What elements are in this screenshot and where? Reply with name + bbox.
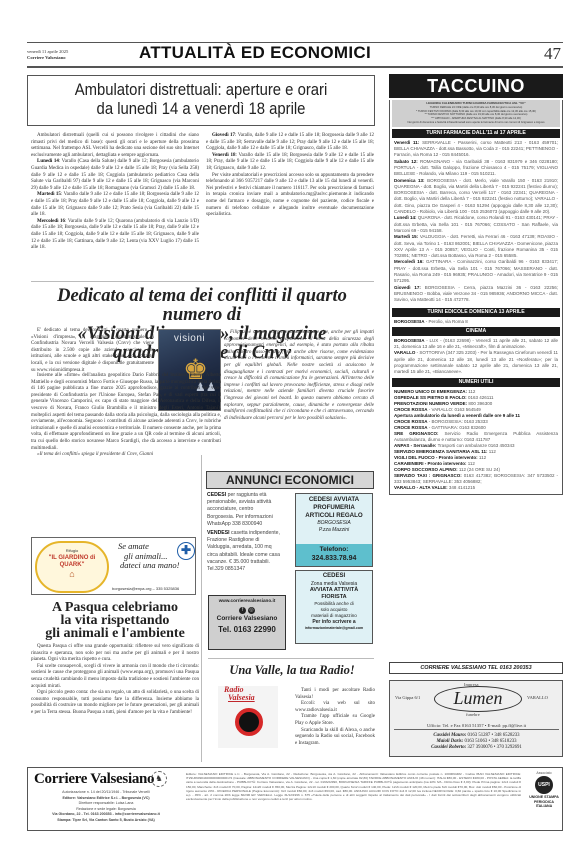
radio-divider [208, 658, 374, 659]
column-divider [201, 455, 202, 762]
farmacie-list: Venerdì 11: SERRAVALLE - Passerini, cors… [390, 140, 562, 304]
cinema-item: VARALLO - SOTTORIVA (347 325 2203) - Per… [394, 350, 558, 375]
farmacia-day: Giovedì 17: BORGOSESIA - Cerra, piazza M… [394, 285, 558, 304]
radio-text: Tanti i modi per ascoltare Radio Valsesi… [295, 688, 375, 747]
annunci-heading: ANNUNCI ECONOMICI [206, 471, 374, 489]
colophon: Corriere Valsesiano ♞ Autorizzazione n. … [27, 767, 563, 831]
pasqua-headline: A Pasqua celebriamola vita rispettandogl… [31, 601, 199, 640]
farmacia-day: Martedì 15: VALDUGGIA - dott. Ferretti, … [394, 234, 558, 259]
corriere-website[interactable]: www.corrierevalsesiano.it [209, 597, 285, 605]
visioni-quote-start: «Il tema dei conflitti» spiega il presid… [31, 452, 221, 459]
farmacie-title: TURNI FARMACIE DALL'11 al 17 APRILE [392, 129, 560, 138]
numeri-title: NUMERI UTILI [392, 378, 560, 387]
cinema-title: CINEMA [392, 327, 560, 336]
enpa-shelter-logo: Rifugio "IL GIARDINO di QUARK" ⌂ [35, 541, 109, 593]
farmacie-legend: LEGENDA CALENDARIO TURNI GUARDIA FARMACE… [392, 100, 560, 127]
numeri-list: NUMERO UNICO DI EMERGENZA: 112 OSPEDALE … [390, 389, 562, 491]
farmacia-day: Sabato 12: ROMAGNANO - via Garibaldi 38 … [394, 159, 558, 178]
farmacia-day: Venerdì 11: SERRAVALLE - Passerini, cors… [394, 140, 558, 159]
page-number: 47 [544, 44, 561, 64]
annuncio-item: VENDESI casetta indipendente, Frazione R… [207, 530, 281, 573]
ambulatori-day-4: Giovedì 17: Varallo, dalle 9 alle 12 e d… [206, 133, 374, 153]
enpa-ad: Rifugio "IL GIARDINO di QUARK" ⌂ Se amat… [31, 537, 196, 595]
ambulatori-closing: Per visite ambulatoriali e prescrizioni … [206, 173, 374, 219]
visioni-col1-top: E' dedicato al tema dei conflitti il qua… [31, 328, 154, 374]
taccuino-panel: TACCUINO LEGENDA CALENDARIO TURNI GUARDI… [389, 74, 563, 495]
cinema-list: BORGOSESIA - LUX - (0163 22698) - Venerd… [390, 338, 562, 376]
lumen-office: Ufficio: Tel. e Fax 0163 51357 • E-mail:… [394, 723, 559, 730]
header-bottom-rule [27, 66, 563, 68]
social-icons: f ◎ [209, 605, 285, 614]
section-divider [31, 281, 374, 282]
ambulatori-headline-box: Ambulatori distrettuali: aperture e orar… [27, 75, 375, 126]
numero-item: VARALLO - ALTA VALLE: 348 4141215 [394, 485, 558, 491]
ambulatori-day-1: Lunedì 14: Varallo (Casa della Salute) d… [31, 159, 199, 192]
ad-profumeria: CEDESI AVVIATA PROFUMERIA ARTICOLI REGAL… [295, 493, 373, 567]
edicole-title: TURNI EDICOLE DOMENICA 13 APRILE [392, 308, 560, 317]
lumen-logo: Lumen [442, 687, 514, 709]
uspi-logo-icon: USPI [535, 776, 553, 794]
lumen-contacts: Cassidei Mauro: 0163 51287 • 348 6528233… [394, 733, 559, 751]
ad-corriere: www.corrierevalsesiano.it f ◎ Corriere V… [208, 595, 286, 650]
doghouse-icon: ⌂ [37, 569, 107, 579]
enpa-cross-icon: ✚ [177, 542, 195, 560]
paper-name: Corriere Valsesiano [27, 55, 66, 60]
colophon-fine-print: Editore: VALSESIANO EDITRICE s.r.l. - Bo… [186, 772, 521, 828]
corriere-phone-bar: CORRIERE VALSESIANO TEL 0163 200353 [389, 662, 563, 674]
visioni-cover-title: visioni [159, 333, 220, 344]
facebook-icon[interactable]: f [239, 607, 246, 614]
corriere-phone: Tel. 0163 22990 [209, 624, 285, 636]
annunci-list: CEDESI per raggiunta età pensionabile, a… [207, 492, 281, 573]
ambulatori-day-5: Venerdì 18: Varallo dalle 15 alle 18; Bo… [206, 153, 374, 173]
ambulatori-day-3: Mercoledì 16: Varallo dalle 9 alle 12; Q… [31, 219, 199, 252]
numero-item: SERVIZIO TAXI : GRIGNASCO: 0163 417382; … [394, 473, 558, 485]
farmacia-day: Lunedì 14: QUARONA - dott. Ricaldone, co… [394, 215, 558, 234]
edicole-list: BORGOSESIA - Perolio, via Roma 8 [390, 319, 562, 325]
visioni-col1-bottom: Insieme alle «firme» dell'analista geopo… [31, 373, 221, 459]
enpa-contact: borgosesia@enpa.org – 335 5325836 [112, 586, 179, 591]
ambulatori-headline: Ambulatori distrettuali: aperture e orar… [45, 81, 356, 119]
uspi-badge: Associato USPI UNIONE STAMPA PERIODICA I… [528, 771, 560, 809]
issue-date-block: venerdì 11 aprile 2025 Corriere Valsesia… [27, 49, 68, 60]
farmacia-day: Domenica 13: BORGOSESIA - dott. Merlo, v… [394, 178, 558, 216]
enpa-slogan: Se amate gli animali... dateci una mano! [118, 542, 180, 571]
fiorista-email[interactable]: informazionimateriale@gmail.com [296, 626, 372, 631]
instagram-icon[interactable]: ◎ [248, 607, 255, 614]
numero-item: SRE GRIGNASCO: Servizio Radio Emergenza … [394, 431, 558, 443]
taccuino-body: LEGENDA CALENDARIO TURNI GUARDIA FARMACE… [389, 100, 563, 495]
section-title: ATTUALITÀ ED ECONOMICI [130, 43, 380, 63]
profumeria-phone: 324.833.78.94 [296, 554, 372, 563]
ambulatori-col1: Ambulatori distrettuali (quelli cui si p… [31, 133, 199, 252]
farmacia-day: Mercoledì 16: GATTINARA - Cominazzini, c… [394, 259, 558, 284]
radio-valsesia-logo: Radio Valsesia [218, 686, 278, 748]
vinyl-mascot-icon [235, 708, 263, 736]
masthead-logo: Corriere Valsesiano [34, 771, 154, 788]
radio-headline: Una Valle, la tua Radio! [208, 663, 376, 678]
ad-fiorista: CEDESI Zona media Valsesia AVVIATA ATTIV… [295, 570, 373, 644]
masthead-seal-icon: ♞ [151, 771, 167, 787]
visioni-col2: Filippa «è sempre più presente nelle nos… [224, 330, 374, 422]
annuncio-item: CEDESI per raggiunta età pensionabile, a… [207, 492, 281, 528]
cinema-item: BORGOSESIA - LUX - (0163 22698) - Venerd… [394, 338, 558, 351]
ambulatori-col2: Giovedì 17: Varallo, dalle 9 alle 12 e d… [206, 133, 374, 219]
pasqua-body: Questa Pasqua ci offre una grande opport… [31, 644, 199, 717]
taccuino-title: TACCUINO [389, 74, 563, 98]
lumen-ad: Impresa Lumen Via Gippa 6/1 VARALLO fune… [389, 680, 563, 757]
ambulatori-day-2: Martedì 15: Varallo dalle 9 alle 12 e da… [31, 192, 199, 218]
ambulatori-intro: Ambulatori distrettuali (quelli cui si p… [31, 133, 199, 159]
colophon-details: Autorizzazione n. 14 del 20/11/1946 - Tr… [32, 790, 180, 824]
